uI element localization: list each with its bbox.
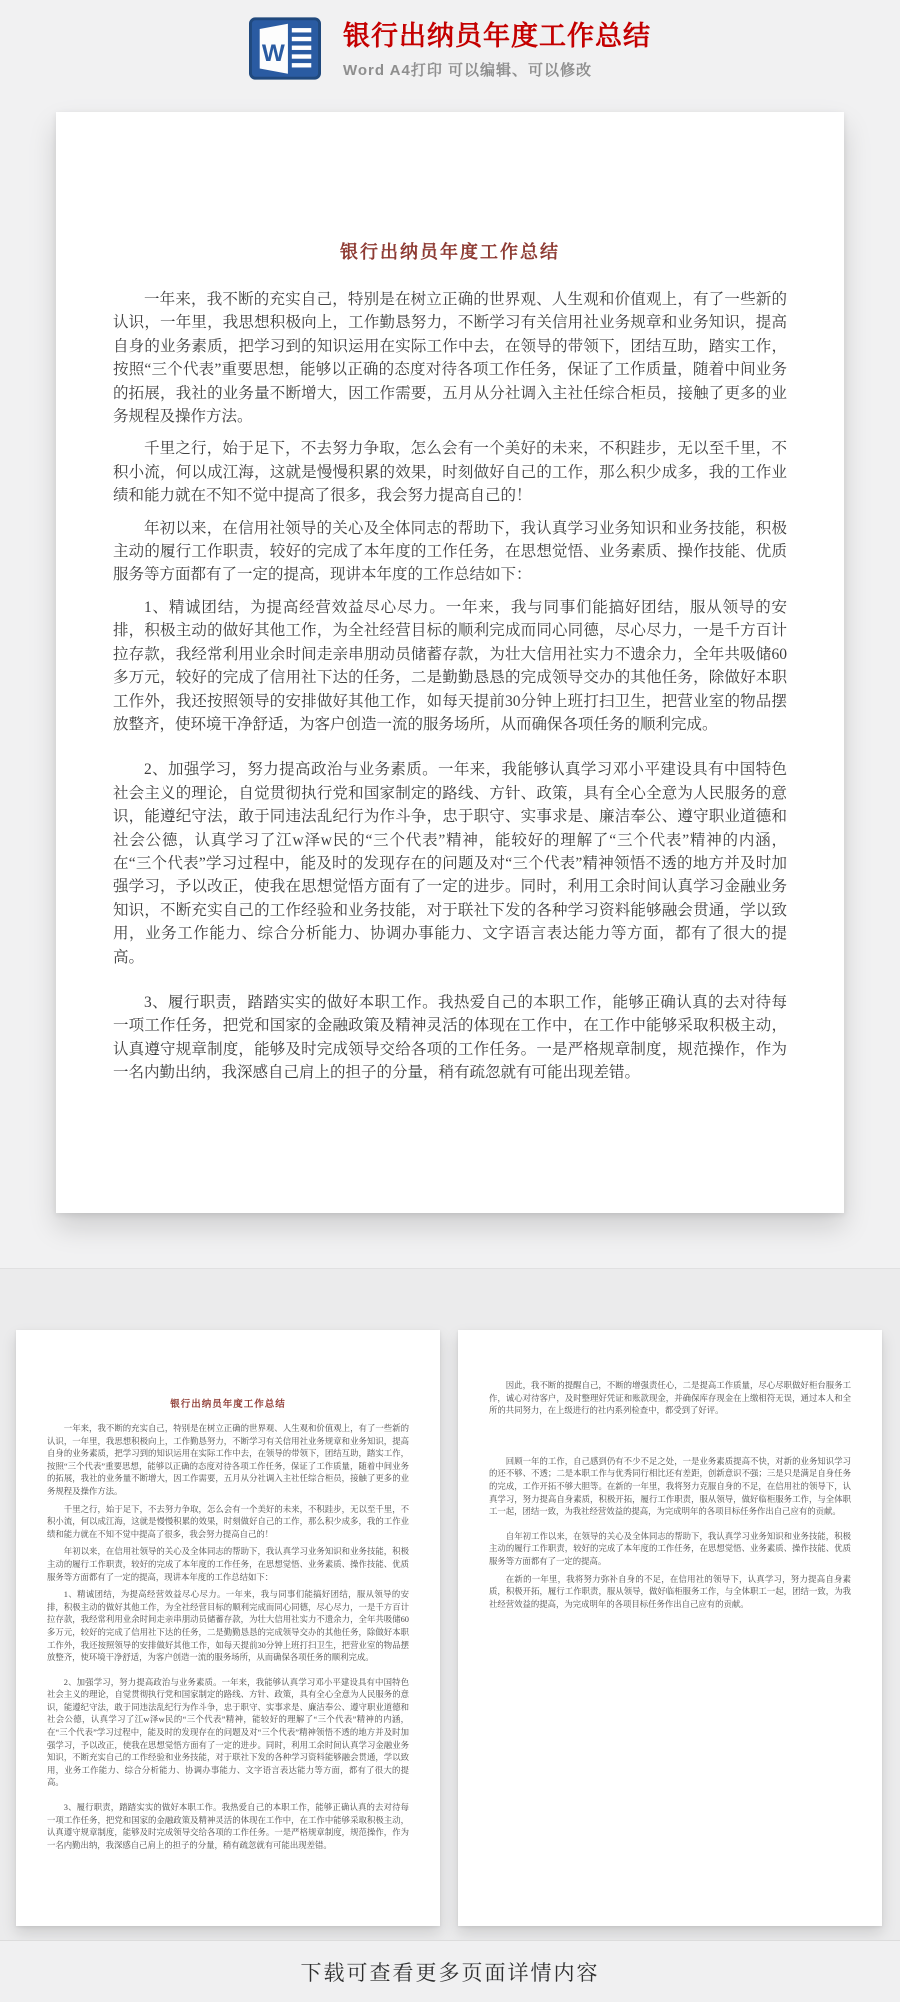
thumbnail-paragraph: 在新的一年里，我将努力弥补自身的不足，在信用社的领导下，认真学习，努力提高自身素… (489, 1574, 851, 1612)
word-icon-letter: W (262, 40, 285, 67)
document-body: 一年来，我不断的充实自己，特别是在树立正确的世界观、人生观和价值观上，有了一些新… (113, 288, 787, 1085)
paragraph: 千里之行，始于足下，不去努力争取，怎么会有一个美好的未来，不积跬步，无以至千里，… (113, 437, 787, 507)
thumbnail-page-1[interactable]: 银行出纳员年度工作总结 一年来，我不断的充实自己，特别是在树立正确的世界观、人生… (16, 1330, 440, 1926)
paragraph: 2、加强学习，努力提高政治与业务素质。一年来，我能够认真学习邓小平建设具有中国特… (113, 758, 787, 969)
thumbnail-page-2[interactable]: 因此，我不断的提醒自己，不断的增强责任心，二是提高工作质量，尽心尽职做好柜台服务… (458, 1330, 882, 1926)
paragraph: 年初以来，在信用社领导的关心及全体同志的帮助下，我认真学习业务知识和业务技能，积… (113, 517, 787, 587)
page-header: W 银行出纳员年度工作总结 Word A4打印 可以编辑、可以修改 (0, 0, 900, 102)
page-subtitle: Word A4打印 可以编辑、可以修改 (343, 59, 651, 80)
thumbnail-document-title: 银行出纳员年度工作总结 (47, 1396, 409, 1410)
paragraph: 一年来，我不断的充实自己，特别是在树立正确的世界观、人生观和价值观上，有了一些新… (113, 288, 787, 428)
document-title: 银行出纳员年度工作总结 (113, 238, 787, 264)
download-hint-text: 下载可查看更多页面详情内容 (301, 1957, 600, 1987)
thumbnail-paragraph: 自年初工作以来，在领导的关心及全体同志的帮助下，我认真学习业务知识和业务技能，积… (489, 1531, 851, 1569)
page-title: 银行出纳员年度工作总结 (343, 22, 651, 52)
more-pages-section: 银行出纳员年度工作总结 一年来，我不断的充实自己，特别是在树立正确的世界观、人生… (0, 1268, 900, 1940)
paragraph: 1、精诚团结，为提高经营效益尽心尽力。一年来，我与同事们能搞好团结，服从领导的安… (113, 596, 787, 736)
thumbnail-paragraph: 1、精诚团结，为提高经营效益尽心尽力。一年来，我与同事们能搞好团结，服从领导的安… (47, 1589, 409, 1665)
paragraph: 3、履行职责，踏踏实实的做好本职工作。我热爱自己的本职工作，能够正确认真的去对待… (113, 991, 787, 1085)
thumbnail-paragraph: 3、履行职责，踏踏实实的做好本职工作。我热爱自己的本职工作，能够正确认真的去对待… (47, 1802, 409, 1852)
word-file-icon: W (249, 17, 321, 85)
thumbnail-paragraph: 年初以来，在信用社领导的关心及全体同志的帮助下，我认真学习业务知识和业务技能，积… (47, 1546, 409, 1584)
thumbnail-paragraph: 千里之行，始于足下，不去努力争取，怎么会有一个美好的未来，不积跬步，无以至千里，… (47, 1504, 409, 1542)
thumbnail-paragraph: 一年来，我不断的充实自己，特别是在树立正确的世界观、人生观和价值观上，有了一些新… (47, 1423, 409, 1499)
document-preview-page-1: 银行出纳员年度工作总结 一年来，我不断的充实自己，特别是在树立正确的世界观、人生… (56, 112, 844, 1213)
thumbnail-paragraph: 2、加强学习，努力提高政治与业务素质。一年来，我能够认真学习邓小平建设具有中国特… (47, 1677, 409, 1790)
thumbnail-paragraph: 回顾一年的工作，自己感到仍有不少不足之处，一是业务素质提高不快，对新的业务知识学… (489, 1456, 851, 1519)
thumbnail-paragraph: 因此，我不断的提醒自己，不断的增强责任心，二是提高工作质量，尽心尽职做好柜台服务… (489, 1380, 851, 1418)
download-hint-bar: 下载可查看更多页面详情内容 (0, 1940, 900, 2002)
